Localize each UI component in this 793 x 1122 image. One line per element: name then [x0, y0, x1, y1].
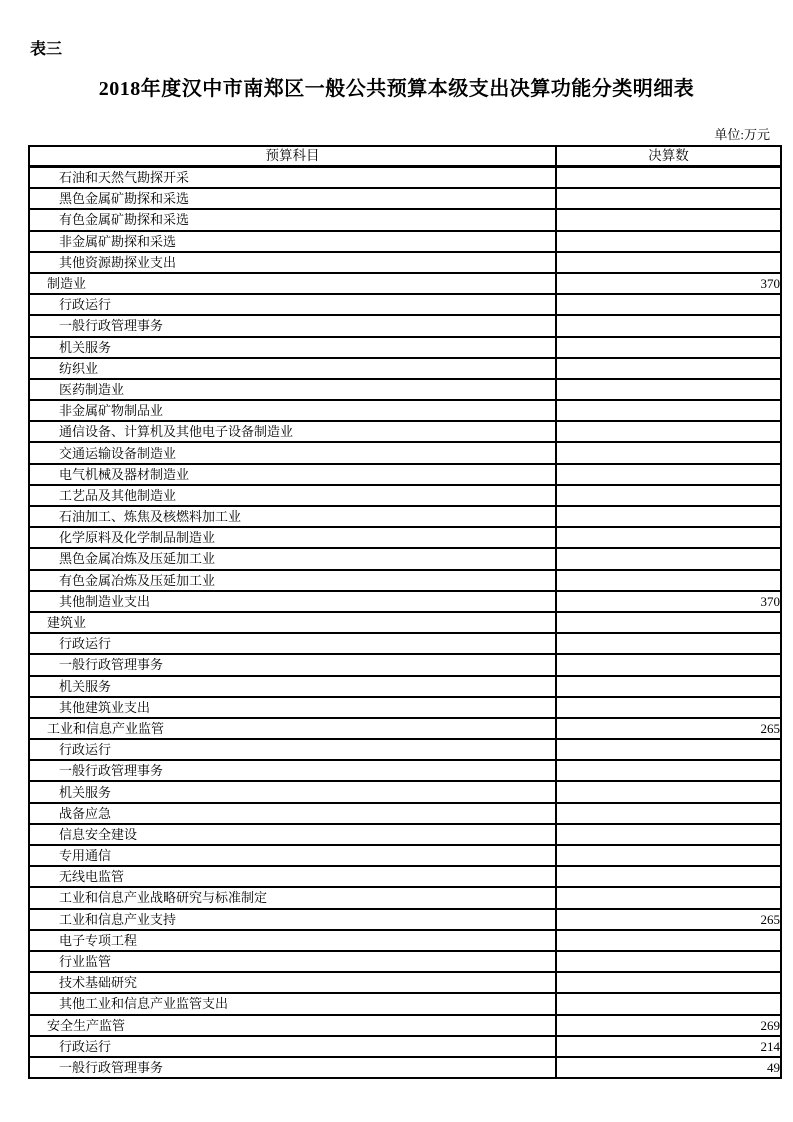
subject-cell: 一般行政管理事务 — [29, 760, 556, 781]
value-cell — [556, 612, 781, 633]
value-cell — [556, 548, 781, 569]
subject-cell: 信息安全建设 — [29, 824, 556, 845]
table-row: 有色金属矿勘探和采选 — [29, 209, 781, 230]
value-cell — [556, 252, 781, 273]
subject-cell: 一般行政管理事务 — [29, 654, 556, 675]
value-cell — [556, 570, 781, 591]
subject-cell: 其他制造业支出 — [29, 591, 556, 612]
table-row: 一般行政管理事务 — [29, 654, 781, 675]
table-row: 其他资源勘探业支出 — [29, 252, 781, 273]
value-cell: 49 — [556, 1057, 781, 1078]
table-row: 技术基础研究 — [29, 972, 781, 993]
header-row: 预算科目 决算数 — [29, 146, 781, 167]
table-row: 战备应急 — [29, 803, 781, 824]
subject-cell: 机关服务 — [29, 781, 556, 802]
value-cell — [556, 506, 781, 527]
value-cell — [556, 697, 781, 718]
table-row: 非金属矿物制品业 — [29, 400, 781, 421]
table-row: 工业和信息产业支持265 — [29, 909, 781, 930]
value-cell: 265 — [556, 909, 781, 930]
subject-cell: 有色金属冶炼及压延加工业 — [29, 570, 556, 591]
subject-cell: 通信设备、计算机及其他电子设备制造业 — [29, 421, 556, 442]
value-cell — [556, 188, 781, 209]
value-cell — [556, 294, 781, 315]
value-cell — [556, 315, 781, 336]
subject-cell: 一般行政管理事务 — [29, 315, 556, 336]
subject-cell: 黑色金属冶炼及压延加工业 — [29, 548, 556, 569]
table-row: 制造业370 — [29, 273, 781, 294]
subject-cell: 纺织业 — [29, 358, 556, 379]
table-row: 工业和信息产业战略研究与标准制定 — [29, 887, 781, 908]
table-body: 石油和天然气勘探开采黑色金属矿勘探和采选有色金属矿勘探和采选非金属矿勘探和采选其… — [29, 167, 781, 1079]
value-cell — [556, 676, 781, 697]
value-cell: 370 — [556, 273, 781, 294]
table-row: 机关服务 — [29, 676, 781, 697]
value-cell: 269 — [556, 1015, 781, 1036]
value-cell — [556, 951, 781, 972]
value-cell — [556, 421, 781, 442]
page-title: 2018年度汉中市南郑区一般公共预算本级支出决算功能分类明细表 — [0, 72, 793, 101]
value-cell — [556, 231, 781, 252]
subject-cell: 交通运输设备制造业 — [29, 442, 556, 463]
table-row: 行政运行214 — [29, 1036, 781, 1057]
table-row: 无线电监管 — [29, 866, 781, 887]
subject-cell: 工业和信息产业战略研究与标准制定 — [29, 887, 556, 908]
column-header-value: 决算数 — [556, 146, 781, 167]
subject-cell: 专用通信 — [29, 845, 556, 866]
subject-cell: 工业和信息产业支持 — [29, 909, 556, 930]
table-row: 一般行政管理事务 — [29, 760, 781, 781]
table-row: 一般行政管理事务 — [29, 315, 781, 336]
table-row: 工艺品及其他制造业 — [29, 485, 781, 506]
table-row: 机关服务 — [29, 337, 781, 358]
subject-cell: 工业和信息产业监管 — [29, 718, 556, 739]
subject-cell: 工艺品及其他制造业 — [29, 485, 556, 506]
value-cell: 214 — [556, 1036, 781, 1057]
value-cell — [556, 464, 781, 485]
value-cell — [556, 358, 781, 379]
table-row: 行政运行 — [29, 633, 781, 654]
table-row: 医药制造业 — [29, 379, 781, 400]
table-row: 交通运输设备制造业 — [29, 442, 781, 463]
subject-cell: 行政运行 — [29, 1036, 556, 1057]
subject-cell: 技术基础研究 — [29, 972, 556, 993]
table-row: 有色金属冶炼及压延加工业 — [29, 570, 781, 591]
subject-cell: 非金属矿物制品业 — [29, 400, 556, 421]
value-cell — [556, 972, 781, 993]
table-row: 行政运行 — [29, 739, 781, 760]
subject-cell: 无线电监管 — [29, 866, 556, 887]
value-cell — [556, 209, 781, 230]
table-row: 安全生产监管269 — [29, 1015, 781, 1036]
subject-cell: 机关服务 — [29, 337, 556, 358]
table-row: 通信设备、计算机及其他电子设备制造业 — [29, 421, 781, 442]
value-cell — [556, 824, 781, 845]
table-row: 非金属矿勘探和采选 — [29, 231, 781, 252]
value-cell — [556, 379, 781, 400]
budget-table: 预算科目 决算数 石油和天然气勘探开采黑色金属矿勘探和采选有色金属矿勘探和采选非… — [28, 145, 782, 1079]
subject-cell: 战备应急 — [29, 803, 556, 824]
table-row: 其他制造业支出370 — [29, 591, 781, 612]
value-cell — [556, 485, 781, 506]
subject-cell: 黑色金属矿勘探和采选 — [29, 188, 556, 209]
table-row: 一般行政管理事务49 — [29, 1057, 781, 1078]
value-cell — [556, 654, 781, 675]
subject-cell: 安全生产监管 — [29, 1015, 556, 1036]
table-row: 行政运行 — [29, 294, 781, 315]
table-row: 专用通信 — [29, 845, 781, 866]
value-cell — [556, 887, 781, 908]
table-row: 行业监管 — [29, 951, 781, 972]
subject-cell: 行政运行 — [29, 294, 556, 315]
value-cell — [556, 739, 781, 760]
subject-cell: 其他工业和信息产业监管支出 — [29, 993, 556, 1014]
value-cell: 265 — [556, 718, 781, 739]
table-row: 化学原料及化学制品制造业 — [29, 527, 781, 548]
subject-cell: 有色金属矿勘探和采选 — [29, 209, 556, 230]
table-row: 石油加工、炼焦及核燃料加工业 — [29, 506, 781, 527]
subject-cell: 行政运行 — [29, 633, 556, 654]
value-cell — [556, 760, 781, 781]
subject-cell: 制造业 — [29, 273, 556, 294]
value-cell: 370 — [556, 591, 781, 612]
table-row: 黑色金属矿勘探和采选 — [29, 188, 781, 209]
table-row: 建筑业 — [29, 612, 781, 633]
value-cell — [556, 442, 781, 463]
subject-cell: 医药制造业 — [29, 379, 556, 400]
value-cell — [556, 527, 781, 548]
value-cell — [556, 167, 781, 189]
value-cell — [556, 400, 781, 421]
table-row: 石油和天然气勘探开采 — [29, 167, 781, 189]
subject-cell: 石油和天然气勘探开采 — [29, 167, 556, 189]
value-cell — [556, 803, 781, 824]
subject-cell: 电子专项工程 — [29, 930, 556, 951]
table-row: 电子专项工程 — [29, 930, 781, 951]
table-row: 机关服务 — [29, 781, 781, 802]
subject-cell: 化学原料及化学制品制造业 — [29, 527, 556, 548]
value-cell — [556, 781, 781, 802]
value-cell — [556, 337, 781, 358]
subject-cell: 机关服务 — [29, 676, 556, 697]
value-cell — [556, 866, 781, 887]
table-row: 黑色金属冶炼及压延加工业 — [29, 548, 781, 569]
subject-cell: 非金属矿勘探和采选 — [29, 231, 556, 252]
subject-cell: 一般行政管理事务 — [29, 1057, 556, 1078]
table-row: 电气机械及器材制造业 — [29, 464, 781, 485]
value-cell — [556, 930, 781, 951]
table-row: 其他工业和信息产业监管支出 — [29, 993, 781, 1014]
subject-cell: 其他建筑业支出 — [29, 697, 556, 718]
value-cell — [556, 993, 781, 1014]
value-cell — [556, 633, 781, 654]
subject-cell: 行业监管 — [29, 951, 556, 972]
value-cell — [556, 845, 781, 866]
subject-cell: 行政运行 — [29, 739, 556, 760]
subject-cell: 电气机械及器材制造业 — [29, 464, 556, 485]
table-label: 表三 — [30, 36, 62, 59]
subject-cell: 其他资源勘探业支出 — [29, 252, 556, 273]
subject-cell: 石油加工、炼焦及核燃料加工业 — [29, 506, 556, 527]
table-row: 工业和信息产业监管265 — [29, 718, 781, 739]
document-page: 表三 2018年度汉中市南郑区一般公共预算本级支出决算功能分类明细表 单位:万元… — [0, 0, 793, 1122]
subject-cell: 建筑业 — [29, 612, 556, 633]
column-header-subject: 预算科目 — [29, 146, 556, 167]
table-row: 信息安全建设 — [29, 824, 781, 845]
unit-note: 单位:万元 — [714, 124, 770, 143]
table-row: 其他建筑业支出 — [29, 697, 781, 718]
table-row: 纺织业 — [29, 358, 781, 379]
